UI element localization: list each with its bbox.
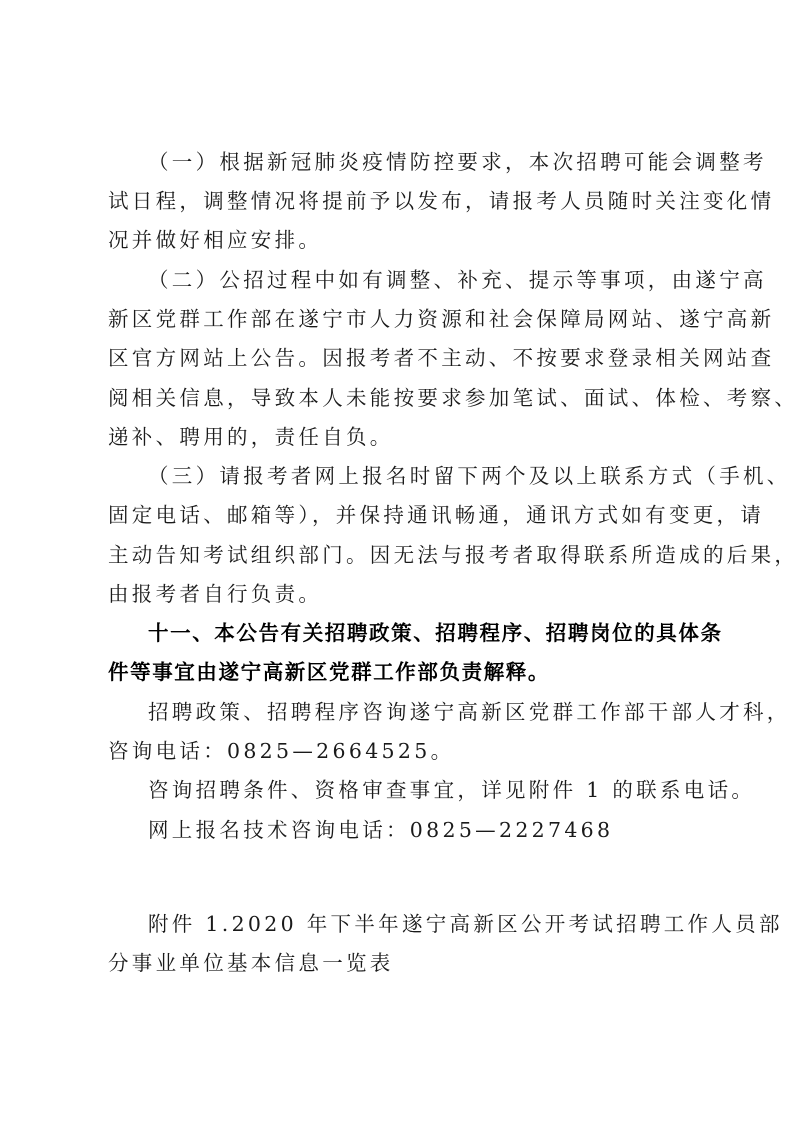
- paragraph-line: （二）公招过程中如有调整、补充、提示等事项，由遂宁高: [148, 268, 748, 292]
- paragraph-line: 试日程，调整情况将提前予以发布，请报考人员随时关注变化情: [108, 189, 708, 213]
- policy-contact-phone: 咨询电话：0825—2664525。: [108, 739, 708, 763]
- paragraph-line: 由报考者自行负责。: [108, 582, 708, 606]
- document-page: （一）根据新冠肺炎疫情防控要求，本次招聘可能会调整考 试日程，调整情况将提前予以…: [0, 0, 793, 1122]
- heading-line: 十一、本公告有关招聘政策、招聘程序、招聘岗位的具体条: [148, 621, 748, 645]
- paragraph-line: 新区党群工作部在遂宁市人力资源和社会保障局网站、遂宁高新: [108, 307, 708, 331]
- attachment-line: 附件 1.2020 年下半年遂宁高新区公开考试招聘工作人员部: [148, 912, 748, 936]
- policy-contact-line: 招聘政策、招聘程序咨询遂宁高新区党群工作部干部人才科，: [148, 700, 748, 724]
- paragraph-line: 阅相关信息，导致本人未能按要求参加笔试、面试、体检、考察、: [108, 386, 708, 410]
- paragraph-line: （三）请报考者网上报名时留下两个及以上联系方式（手机、: [148, 464, 748, 488]
- paragraph-line: 固定电话、邮箱等），并保持通讯畅通，通讯方式如有变更，请: [108, 503, 708, 527]
- heading-line: 件等事宜由遂宁高新区党群工作部负责解释。: [108, 660, 708, 684]
- paragraph-line: 区官方网站上公告。因报考者不主动、不按要求登录相关网站查: [108, 346, 708, 370]
- paragraph-line: 递补、聘用的，责任自负。: [108, 425, 708, 449]
- paragraph-line: 主动告知考试组织部门。因无法与报考者取得联系所造成的后果，: [108, 543, 708, 567]
- tech-support-phone: 网上报名技术咨询电话：0825—2227468: [148, 818, 748, 842]
- attachment-line: 分事业单位基本信息一览表: [108, 951, 708, 975]
- paragraph-line: （一）根据新冠肺炎疫情防控要求，本次招聘可能会调整考: [148, 150, 748, 174]
- paragraph-line: 况并做好相应安排。: [108, 228, 708, 252]
- qualification-contact-line: 咨询招聘条件、资格审查事宜，详见附件 1 的联系电话。: [148, 778, 748, 802]
